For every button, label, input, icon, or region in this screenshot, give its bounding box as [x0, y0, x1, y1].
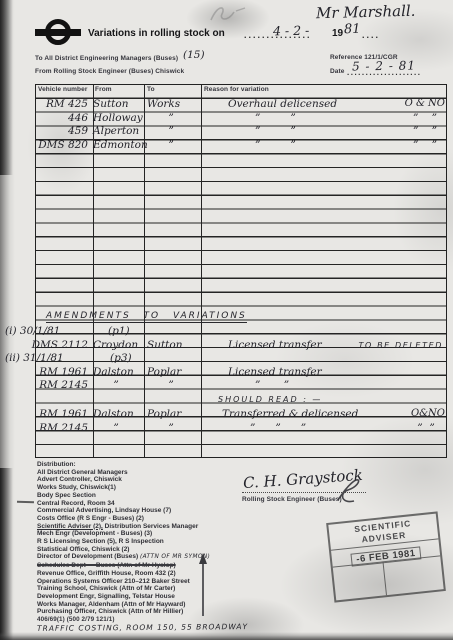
amendment-page-ref: (p3) — [110, 352, 132, 364]
cell-to-ditto: ” — [146, 422, 196, 434]
table-row: DMS 2112 Croydon Sutton Licensed transfe… — [0, 339, 453, 352]
table-row: RM 1961 Dalston Poplar Licensed transfer — [0, 366, 453, 379]
cell-to-ditto: ” — [146, 379, 196, 391]
cell-to: Poplar — [147, 366, 181, 378]
handwritten-day-month: 4 - 2 - — [273, 23, 310, 39]
cell-from-ditto: ” — [93, 422, 139, 434]
cell-vehicle: 459 — [30, 125, 88, 137]
amendment-page-ref: (p1) — [108, 325, 130, 337]
distribution-list: Distribution: All District General Manag… — [37, 461, 222, 616]
distribution-item: R S Licensing Section (5), R S Inspectio… — [37, 538, 222, 546]
distribution-item: Costs Office (R S Engr - Buses) (2) — [37, 515, 222, 523]
handwritten-count: (15) — [183, 49, 205, 61]
year-prefix: 19 — [332, 28, 343, 39]
cell-note: O&NO — [395, 408, 445, 419]
distribution-item: Advert Controller, Chiswick — [37, 476, 222, 484]
cell-note: O & NO — [395, 98, 445, 109]
pencil-scribble — [205, 2, 247, 28]
amendment-entry-label: (i) 30/1/81 (p1) — [0, 325, 453, 338]
cell-to-ditto: ” — [146, 125, 196, 137]
cell-reason: Licensed transfer — [228, 339, 322, 351]
distribution-item: Development Engr, Signalling, Telstar Ho… — [37, 593, 222, 601]
distribution-item: Training School, Chiswick (Attn of Mr Ca… — [37, 585, 222, 593]
amendment-entry-label: (ii) 31/1/81 (p3) — [0, 352, 453, 365]
table-row: RM 2145 ” ” ” ” — [0, 379, 453, 392]
cell-to: Works — [147, 98, 180, 110]
table-row: RM 1961 Dalston Poplar Transferred & del… — [0, 408, 453, 421]
cell-reason: Transferred & delicensed — [222, 408, 358, 420]
col-header-vehicle: Vehicle number — [38, 86, 87, 93]
cell-vehicle: DMS 2112 — [30, 339, 88, 351]
cell-reason-ditto: ” ” — [255, 139, 296, 151]
distribution-item: Works Study, Chiswick(1) — [37, 484, 222, 492]
cell-from: Alperton — [93, 125, 139, 137]
cell-from: Holloway — [93, 112, 143, 124]
scan-shadow-bottom — [0, 632, 453, 640]
to-line: To All District Engineering Managers (Bu… — [35, 55, 178, 62]
amendment-date: (ii) 31/1/81 — [5, 352, 64, 364]
distribution-item-text: Director of Development (Buses) — [37, 553, 138, 560]
underlined-recipient: Scientific Adviser (2), — [37, 523, 103, 530]
cell-from: Croydon — [93, 339, 138, 351]
col-header-from: From — [95, 86, 112, 93]
distribution-item: Statistical Office, Chiswick (2) — [37, 546, 222, 554]
col-header-reason: Reason for variation — [204, 86, 269, 93]
cell-note-ditto: ” ” — [405, 112, 445, 124]
signature-dotted-line — [242, 492, 366, 493]
cell-vehicle: RM 1961 — [30, 408, 88, 420]
cell-to-ditto: ” — [146, 112, 196, 124]
cell-to-ditto: ” — [146, 139, 196, 151]
cell-vehicle: 446 — [30, 112, 88, 124]
handwritten-year: 81 — [344, 22, 361, 38]
cell-from: Dalston — [93, 408, 134, 420]
cell-vehicle: RM 1961 — [30, 366, 88, 378]
handwritten-date: 5 - 2 - 81 — [352, 58, 416, 73]
scanned-variations-form: Mr Marshall. Variations in rolling stock… — [0, 0, 453, 640]
cell-note-ditto: ” ” — [408, 422, 444, 434]
stamp-cell-right — [383, 556, 443, 595]
distribution-item: All District General Managers — [37, 469, 222, 477]
cell-from: Sutton — [93, 98, 128, 110]
cell-note-ditto: ” ” — [405, 125, 445, 137]
cell-reason-ditto: ” ” — [255, 112, 296, 124]
cell-reason: Overhaul delicensed — [228, 98, 337, 110]
cell-note-ditto: ” ” — [405, 139, 445, 151]
distribution-item-struck: Schedules Dept — Buses (Attn of Mr Hyslo… — [37, 562, 222, 570]
distribution-item: Director of Development (Buses) (ATTN OF… — [37, 553, 222, 562]
distribution-item: Commercial Advertising, Lindsay House (7… — [37, 507, 222, 515]
distribution-item: Purchasing Officer, Chiswick (Attn of Mr… — [37, 608, 222, 616]
distribution-item: Revenue Office, Griffith House, Room 432… — [37, 570, 222, 578]
should-read-label: SHOULD READ : — — [218, 395, 322, 404]
roundel-bar — [35, 29, 81, 36]
date-label: Date — [330, 68, 345, 75]
table-row: RM 425 Sutton Works Overhaul delicensed … — [0, 98, 453, 111]
col-header-to: To — [147, 86, 155, 93]
london-transport-roundel-icon — [35, 19, 81, 45]
year-dotted-line: .... — [362, 30, 380, 40]
cell-from: Dalston — [93, 366, 134, 378]
cell-to: Sutton — [147, 339, 182, 351]
distribution-item: Operations Systems Officer 210–212 Baker… — [37, 578, 222, 586]
handwritten-recipient: Mr Marshall. — [316, 2, 416, 23]
distribution-item: Central Record, Room 34 — [37, 500, 222, 508]
distribution-item: Scientific Adviser (2), Distribution Ser… — [37, 523, 222, 531]
scan-shadow-left-bottom — [0, 468, 13, 640]
annotation-arrow — [196, 552, 210, 620]
cell-vehicle: RM 2145 — [30, 379, 88, 391]
cell-reason-ditto: ” ” — [255, 379, 289, 391]
cell-reason-ditto: ” ” ” — [250, 422, 306, 434]
cell-reason-ditto: ” ” — [255, 125, 296, 137]
form-reference-number: 406/69(1) (500 2/79 121/1) — [37, 616, 115, 623]
pen-dash-mark — [17, 501, 34, 503]
table-row: DMS 820 Edmonton ” ” ” ” ” — [0, 139, 453, 152]
distribution-item-rest: Distribution Services Manager — [103, 523, 198, 530]
cell-from-ditto: ” — [93, 379, 139, 391]
signatory-title: Rolling Stock Engineer (Buses) — [242, 496, 342, 503]
cell-reason: Licensed transfer — [228, 366, 322, 378]
cell-vehicle: RM 425 — [30, 98, 88, 110]
cell-note: TO BE DELETED — [330, 341, 443, 350]
table-row: 446 Holloway ” ” ” ” ” — [0, 112, 453, 125]
distribution-label: Distribution: — [37, 461, 222, 469]
distribution-item: Works Manager, Aldenham (Attn of Mr Hayw… — [37, 601, 222, 609]
cell-vehicle: DMS 820 — [30, 139, 88, 151]
handwritten-footer-note: TRAFFIC COSTING, ROOM 150, 55 BROADWAY — [37, 622, 248, 633]
cell-vehicle: RM 2145 — [30, 422, 88, 434]
cell-from: Edmonton — [93, 139, 148, 151]
scientific-adviser-stamp: SCIENTIFIC ADVISER -6 FEB 1981 — [326, 511, 446, 602]
distribution-item: Body Spec Section — [37, 492, 222, 500]
cell-to: Poplar — [147, 408, 181, 420]
distribution-item: Mech Engr (Development - Buses) (3) — [37, 530, 222, 538]
stamp-cell-left — [333, 562, 387, 600]
amendments-heading: AMENDMENTS TO VARIATIONS — [46, 311, 247, 323]
amendment-date: (i) 30/1/81 — [5, 325, 60, 337]
table-row: 459 Alperton ” ” ” ” ” — [0, 125, 453, 138]
form-title: Variations in rolling stock on — [88, 28, 225, 39]
from-line: From Rolling Stock Engineer (Buses) Chis… — [35, 68, 184, 75]
table-row: RM 2145 ” ” ” ” ” ” ” — [0, 422, 453, 435]
